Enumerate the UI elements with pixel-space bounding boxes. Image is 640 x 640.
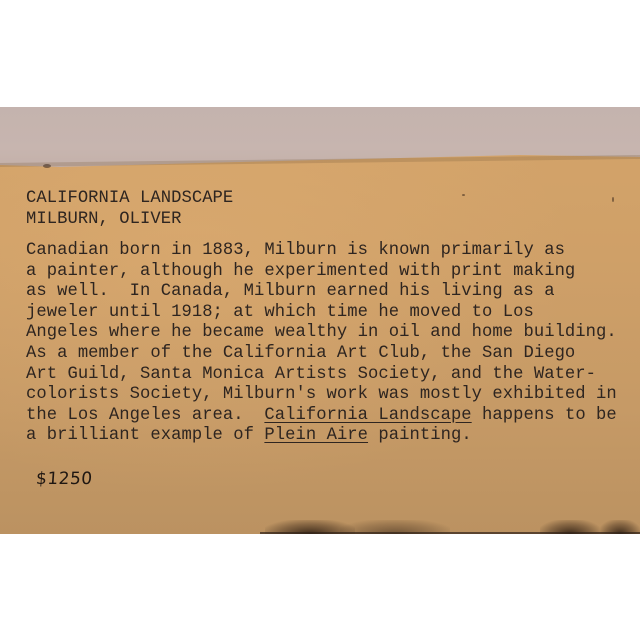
card-speck bbox=[43, 164, 51, 168]
text-segment: the Los Angeles area. bbox=[26, 406, 264, 425]
underlined-style: Plein Aire bbox=[264, 426, 368, 445]
handwritten-price: $1250 bbox=[35, 469, 93, 489]
description-line: Art Guild, Santa Monica Artists Society,… bbox=[26, 365, 617, 386]
artwork-title: CALIFORNIA LANDSCAPE bbox=[26, 188, 233, 209]
description-line: Angeles where he became wealthy in oil a… bbox=[26, 323, 617, 344]
description-line: Canadian born in 1883, Milburn is known … bbox=[26, 241, 617, 262]
photo: CALIFORNIA LANDSCAPE MILBURN, OLIVER Can… bbox=[0, 107, 640, 534]
text-segment: happens to be bbox=[472, 406, 617, 425]
description: Canadian born in 1883, Milburn is known … bbox=[26, 241, 617, 447]
description-line: As a member of the California Art Club, … bbox=[26, 344, 617, 365]
text-segment: painting. bbox=[368, 426, 472, 445]
description-line: as well. In Canada, Milburn earned his l… bbox=[26, 282, 617, 303]
description-line: a painter, although he experimented with… bbox=[26, 262, 617, 283]
description-line: jeweler until 1918; at which time he mov… bbox=[26, 303, 617, 324]
description-line: the Los Angeles area. California Landsca… bbox=[26, 406, 617, 427]
card-speck bbox=[612, 197, 614, 202]
text-segment: a brilliant example of bbox=[26, 426, 264, 445]
artist-name: MILBURN, OLIVER bbox=[26, 209, 181, 230]
card-speck bbox=[462, 194, 465, 196]
description-line: a brilliant example of Plein Aire painti… bbox=[26, 426, 617, 447]
description-line: colorists Society, Milburn's work was mo… bbox=[26, 385, 617, 406]
underlined-title: California Landscape bbox=[264, 406, 471, 425]
card-bottom-edge bbox=[260, 532, 640, 534]
